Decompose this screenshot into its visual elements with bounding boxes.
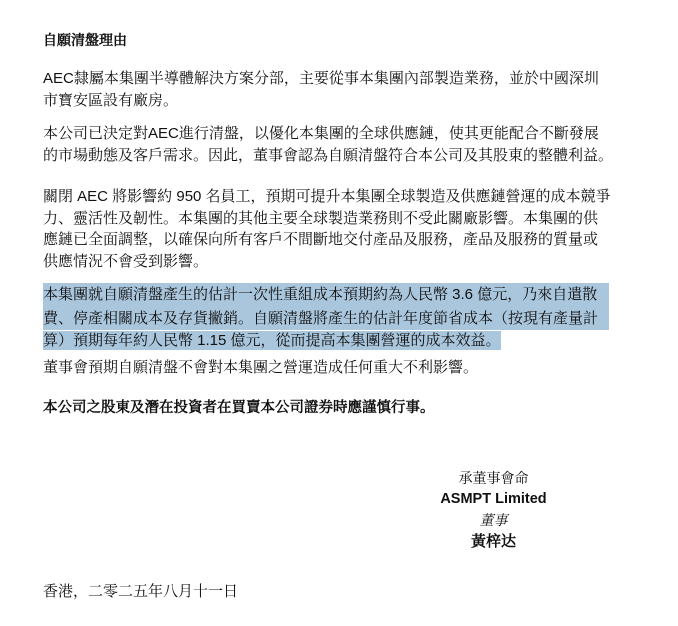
paragraph-aec-background: AEC隸屬本集團半導體解決方案分部，主要從事本集團內部製造業務，並於中國深圳 市… — [43, 68, 628, 111]
signatory-name: 黃梓达 — [436, 531, 551, 552]
text-line: 本公司之股東及潛在投資者在買賣本公司證券時應謹慎行事。 — [43, 398, 628, 420]
place-and-date: 香港，二零二五年八月十一日 — [43, 581, 238, 602]
signatory-role: 董事 — [436, 510, 551, 531]
text-line: 供應情況不會受到影響。 — [43, 251, 628, 273]
text-line: AEC隸屬本集團半導體解決方案分部，主要從事本集團內部製造業務，並於中國深圳 — [43, 68, 628, 90]
text-line: 本公司已決定對AEC進行清盤，以優化本集團的全球供應鏈，使其更能配合不斷發展 — [43, 123, 628, 145]
text-line: 關閉 AEC 將影響約 950 名員工，預期可提升本集團全球製造及供應鏈營運的成… — [43, 186, 628, 208]
text-line: 應鏈已全面調整，以確保向所有客戶不間斷地交付產品及服務，產品及服務的質量或 — [43, 229, 628, 251]
signature-block: 承董事會命 ASMPT Limited 董事 黃梓达 — [436, 468, 551, 552]
text-line: 的市場動態及客戶需求。因此，董事會認為自願清盤符合本公司及其股東的整體利益。 — [43, 145, 628, 167]
by-order-of-board: 承董事會命 — [436, 468, 551, 489]
text-line: 董事會預期自願清盤不會對本集團之營運造成任何重大不利影響。 — [43, 357, 628, 379]
paragraph-closure-impact: 關閉 AEC 將影響約 950 名員工，預期可提升本集團全球製造及供應鏈營運的成… — [43, 186, 628, 272]
text-line: 力、靈活性及韌性。本集團的其他主要全球製造業務則不受此關廠影響。本集團的供 — [43, 208, 628, 230]
section-heading: 自願清盤理由 — [43, 30, 127, 50]
highlighted-text-line[interactable]: 算）預期每年約人民幣 1.15 億元，從而提高本集團營運的成本效益。 — [43, 331, 501, 350]
paragraph-caution-notice: 本公司之股東及潛在投資者在買賣本公司證券時應謹慎行事。 — [43, 398, 628, 420]
paragraph-no-adverse-impact: 董事會預期自願清盤不會對本集團之營運造成任何重大不利影響。 — [43, 357, 628, 379]
highlighted-text-line[interactable]: 費、停產相關成本及存貨撇銷。自願清盤將產生的估計年度節省成本（按現有產量計 — [43, 307, 609, 331]
company-name: ASMPT Limited — [436, 489, 551, 510]
paragraph-liquidation-decision: 本公司已決定對AEC進行清盤，以優化本集團的全球供應鏈，使其更能配合不斷發展 的… — [43, 123, 628, 166]
text-line: 市寶安區設有廠房。 — [43, 90, 628, 112]
paragraph-restructuring-cost-highlighted[interactable]: 本集團就自願清盤產生的估計一次性重組成本預期約為人民幣 3.6 億元，乃來自遣散… — [43, 283, 628, 352]
highlighted-text-line[interactable]: 本集團就自願清盤產生的估計一次性重組成本預期約為人民幣 3.6 億元，乃來自遣散 — [43, 283, 609, 307]
